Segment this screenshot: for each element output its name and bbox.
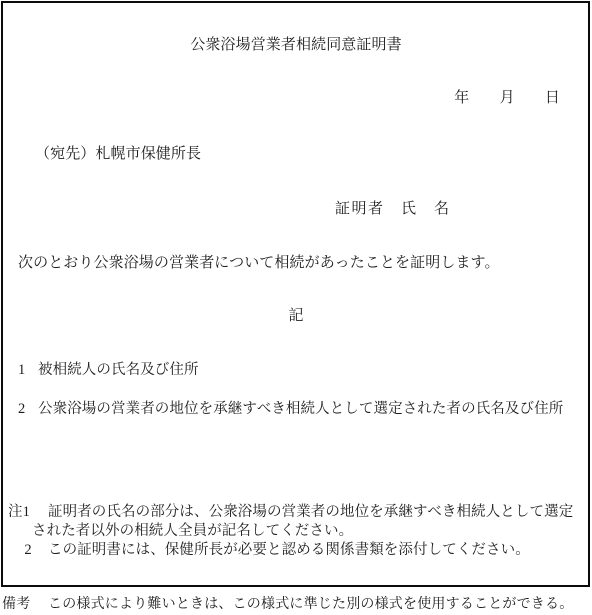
note-2-line: 2この証明書には、保健所長が必要と認める関係書類を添付してください。 <box>8 541 530 560</box>
remarks-line: 備考この様式により難いときは、この様式に準じた別の様式を使用することができる。 <box>2 595 573 614</box>
list-item-2-text: 公衆浴場の営業者の地位を承継すべき相続人として選定された者の氏名及び住所 <box>38 401 563 417</box>
list-item-1-number: 1 <box>18 361 38 380</box>
list-item-1: 1被相続人の氏名及び住所 <box>18 361 199 380</box>
certification-statement: 次のとおり公衆浴場の営業者について相続があったことを証明します。 <box>18 254 500 273</box>
ki-section-marker: 記 <box>0 307 592 326</box>
note-1-line-1: 注1証明者の氏名の部分は、公衆浴場の営業者の地位を承継すべき相続人として選定 <box>8 503 573 522</box>
note-1-label: 注1 <box>8 503 48 522</box>
document-title: 公衆浴場営業者相続同意証明書 <box>0 36 592 55</box>
note-1-text-line-2: された者以外の相続人全員が記名してください。 <box>32 522 353 541</box>
certifier-name-line: 証明者 氏 名 <box>335 200 451 219</box>
certificate-page: 公衆浴場営業者相続同意証明書 年 月 日 （宛先）札幌市保健所長 証明者 氏 名… <box>0 0 592 615</box>
date-fill-in-line: 年 月 日 <box>454 89 560 108</box>
note-2-label: 2 <box>8 541 48 560</box>
list-item-1-text: 被相続人の氏名及び住所 <box>38 362 199 378</box>
list-item-2: 2公衆浴場の営業者の地位を承継すべき相続人として選定された者の氏名及び住所 <box>18 400 563 419</box>
addressee-line: （宛先）札幌市保健所長 <box>35 145 201 164</box>
remarks-text: この様式により難いときは、この様式に準じた別の様式を使用することができる。 <box>48 597 573 612</box>
list-item-2-number: 2 <box>18 400 38 419</box>
note-2-text: この証明書には、保健所長が必要と認める関係書類を添付してください。 <box>48 542 530 558</box>
remarks-label: 備考 <box>2 595 48 614</box>
note-1-text-line-1: 証明者の氏名の部分は、公衆浴場の営業者の地位を承継すべき相続人として選定 <box>48 504 573 520</box>
